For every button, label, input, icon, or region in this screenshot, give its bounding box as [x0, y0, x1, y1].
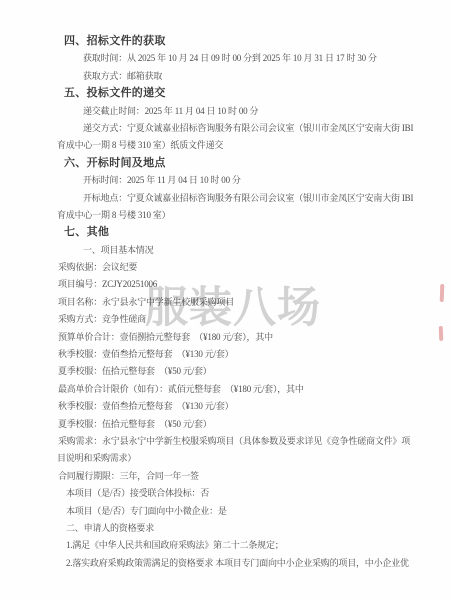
section-heading-bid-submission: 五、投标文件的递交	[64, 85, 432, 102]
bid-opening-time-line: 开标时间：2025 年 11 月 04 日 10 时 00 分	[83, 172, 432, 189]
submission-method-line: 递交方式：宁夏众诚嘉业招标咨询服务有限公司会议室（银川市金凤区宁安南大街 IBI	[83, 120, 432, 137]
procurement-demand-cont-line: 目说明和采购需求）	[57, 450, 432, 467]
autumn-uniform-price-line: 秋季校服：壹佰叁拾元整每套 （¥130 元/套）	[58, 346, 432, 363]
procurement-basis-line: 采购依据：会议纪要	[58, 259, 432, 276]
contract-period-line: 合同履行期限：三年，合同一年一签	[58, 468, 432, 485]
summer-uniform-price-line-2: 夏季校服：伍拾元整每套 （¥50 元/套）	[58, 416, 432, 433]
procurement-method-line: 采购方式：竞争性磋商	[58, 311, 432, 328]
document-body: 四、招标文件的获取 获取时间：从 2025 年 10 月 24 日 09 时 0…	[57, 33, 432, 572]
applicant-qualification-heading: 二、申请人的资格要求	[66, 520, 432, 537]
acquisition-method-line: 获取方式：邮箱获取	[83, 68, 432, 85]
consortium-bid-line: 本项目（是/否）接受联合体投标：否	[66, 485, 432, 502]
project-basic-info-heading: 一、项目基本情况	[83, 242, 432, 259]
sme-oriented-line: 本项目（是/否）专门面向中小微企业：是	[66, 503, 432, 520]
submission-method-cont-line: 育成中心一期 8 号楼 310 室）纸质文件递交	[57, 137, 432, 154]
qualification-item-2: 2.落实政府采购政策需满足的资格要求 本项目专门面向中小企业采购的项目，中小企业…	[66, 555, 432, 572]
scanned-document-page: 四、招标文件的获取 获取时间：从 2025 年 10 月 24 日 09 时 0…	[0, 0, 450, 600]
acquisition-time-line: 获取时间：从 2025 年 10 月 24 日 09 时 00 分到 2025 …	[83, 50, 432, 67]
autumn-uniform-price-line-2: 秋季校服：壹佰叁拾元整每套 （¥130 元/套）	[58, 398, 432, 415]
procurement-demand-line: 采购需求：永宁县永宁中学新生校服采购项目（具体参数及要求详见《竞争性磋商文件》项	[58, 433, 432, 450]
max-price-limit-line: 最高单价合计限价（如有）：贰佰元整每套 （¥180 元/套），其中	[58, 381, 432, 398]
submission-deadline-line: 递交截止时间：2025 年 11 月 04 日 10 时 00 分	[83, 103, 432, 120]
budget-unit-price-line: 预算单价合计：壹佰捌拾元整每套 （¥180 元/套），其中	[58, 329, 432, 346]
section-heading-bid-doc-acquisition: 四、招标文件的获取	[64, 33, 432, 50]
summer-uniform-price-line: 夏季校服：伍拾元整每套 （¥50 元/套）	[58, 363, 432, 380]
section-heading-bid-opening: 六、开标时间及地点	[64, 155, 432, 172]
project-name-line: 项目名称：永宁县永宁中学新生校服采购项目	[58, 294, 432, 311]
project-number-line: 项目编号：ZCJY20251006	[58, 276, 432, 293]
bid-opening-place-cont-line: 育成中心一期 8 号楼 310 室）	[57, 207, 432, 224]
bid-opening-place-line: 开标地点：宁夏众诚嘉业招标咨询服务有限公司会议室（银川市金凤区宁安南大街 IBI	[83, 190, 432, 207]
section-heading-other: 七、其他	[64, 224, 432, 241]
red-pen-mark-bottom	[439, 326, 444, 341]
red-pen-mark-top	[440, 284, 445, 302]
qualification-item-1: 1.满足《中华人民共和国政府采购法》第二十二条规定；	[66, 537, 432, 554]
